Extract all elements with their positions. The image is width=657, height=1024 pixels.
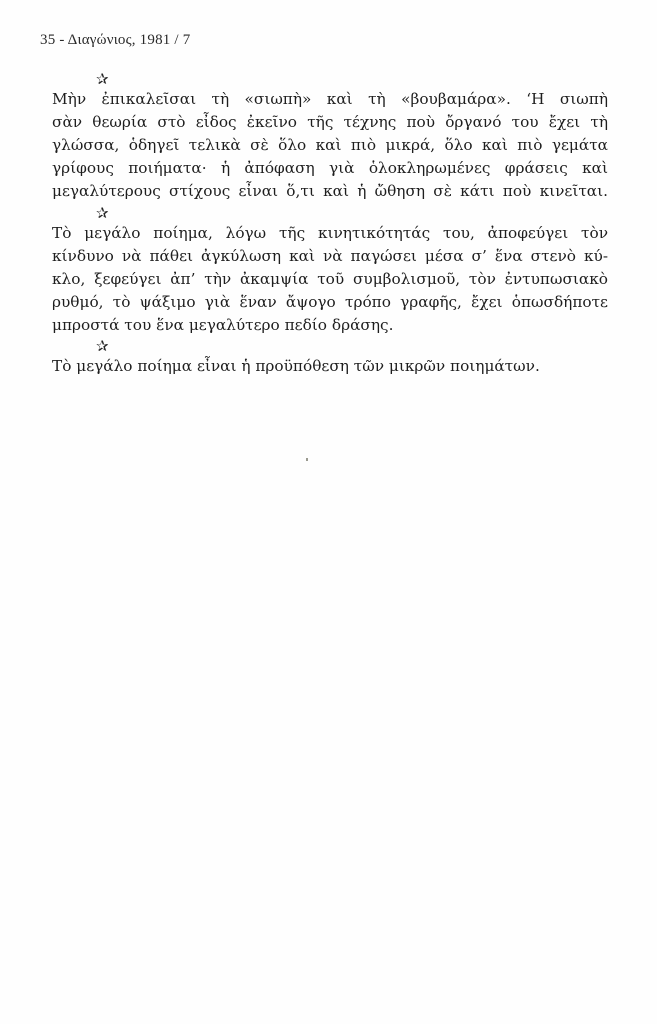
text-line: κίνδυνο νὰ πάθει ἀγκύλωση καὶ νὰ παγώσει… xyxy=(52,245,608,268)
text-line: σὰν θεωρία στὸ εἶδος ἐκεῖνο τῆς τέχνης π… xyxy=(52,111,608,134)
text-line: γρίφους ποιήματα· ἡ ἀπόφαση γιὰ ὁλοκληρω… xyxy=(52,157,608,180)
paragraph-1: ✰ Μὴν ἐπικαλεῖσαι τὴ «σιωπὴ» καὶ τὴ «βου… xyxy=(52,70,608,203)
star-separator-icon: ✰ xyxy=(96,337,608,355)
paper-speck xyxy=(306,458,308,461)
paragraph-2: ✰ Τὸ μεγάλο ποίημα, λόγω τῆς κινητικότητ… xyxy=(52,204,608,337)
text-line: Τὸ μεγάλο ποίημα, λόγω τῆς κινητικότητάς… xyxy=(52,222,608,245)
text-line: κλο, ξεφεύγει ἀπ’ τὴν ἀκαμψία τοῦ συμβολ… xyxy=(52,268,608,291)
text-line: Μὴν ἐπικαλεῖσαι τὴ «σιωπὴ» καὶ τὴ «βουβα… xyxy=(52,88,608,111)
star-separator-icon: ✰ xyxy=(96,70,608,88)
text-line: μεγαλύτερους στίχους εἶναι ὅ,τι καὶ ἡ ὤθ… xyxy=(52,180,608,203)
paragraph-3: ✰ Τὸ μεγάλο ποίημα εἶναι ἡ προϋπόθεση τῶ… xyxy=(52,337,608,378)
star-separator-icon: ✰ xyxy=(96,204,608,222)
page-header: 35 - Διαγώνιος, 1981 / 7 xyxy=(40,32,190,49)
text-line: μπροστά του ἕνα μεγαλύτερο πεδίο δράσης. xyxy=(52,314,608,337)
text-line: γλώσσα, ὁδηγεῖ τελικὰ σὲ ὅλο καὶ πιὸ μικ… xyxy=(52,134,608,157)
text-line: Τὸ μεγάλο ποίημα εἶναι ἡ προϋπόθεση τῶν … xyxy=(52,355,608,378)
text-line: ρυθμό, τὸ ψάξιμο γιὰ ἕναν ἄψογο τρόπο γρ… xyxy=(52,291,608,314)
